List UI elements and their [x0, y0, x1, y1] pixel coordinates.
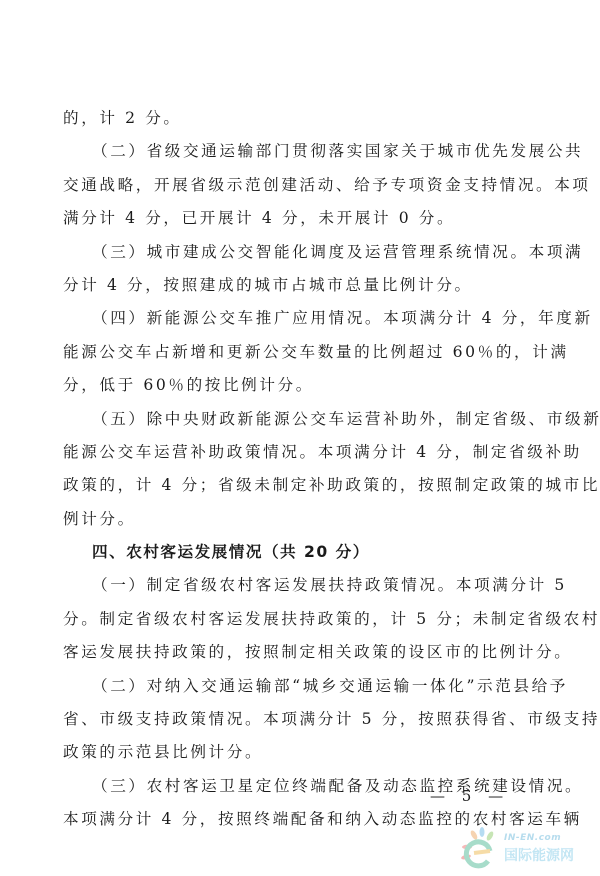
text-line: 满分计 4 分，已开展计 4 分，未开展计 0 分。 [63, 204, 515, 237]
sun-leaf-logo-icon [460, 827, 500, 871]
section-heading: 四、农村客运发展情况（共 20 分） [63, 538, 515, 571]
text-line: 交通战略，开展省级示范创建活动、给予专项资金支持情况。本项 [63, 171, 515, 204]
text-line: 分计 4 分，按照建成的城市占城市总量比例计分。 [63, 271, 515, 304]
text-line: （一）制定省级农村客运发展扶持政策情况。本项满分计 5 [63, 571, 515, 604]
text-line: 的，计 2 分。 [63, 104, 515, 137]
text-line: （五）除中央财政新能源公交车运营补助外，制定省级、市级新 [63, 405, 515, 438]
watermark-url: IN-EN.com [504, 833, 561, 843]
text-line: 例计分。 [63, 505, 515, 538]
scan-artifact [594, 413, 596, 415]
text-line: 省、市级支持政策情况。本项满分计 5 分，按照获得省、市级支持 [63, 705, 515, 738]
text-line: 客运发展扶持政策的，按照制定相关政策的设区市的比例计分。 [63, 638, 515, 671]
text-line: 政策的示范县比例计分。 [63, 738, 515, 771]
text-line: （二）省级交通运输部门贯彻落实国家关于城市优先发展公共 [63, 137, 515, 170]
text-line: 分。制定省级农村客运发展扶持政策的，计 5 分；未制定省级农村 [63, 605, 515, 638]
text-line: 政策的，计 4 分；省级未制定补助政策的，按照制定政策的城市比 [63, 471, 515, 504]
page-number: — 5 — [430, 787, 509, 805]
text-line: 能源公交车占新增和更新公交车数量的比例超过 60％的，计满 [63, 338, 515, 371]
document-page: 的，计 2 分。 （二）省级交通运输部门贯彻落实国家关于城市优先发展公共 交通战… [0, 0, 600, 876]
text-line: 分，低于 60％的按比例计分。 [63, 371, 515, 404]
document-body: 的，计 2 分。 （二）省级交通运输部门贯彻落实国家关于城市优先发展公共 交通战… [63, 104, 515, 839]
text-line: 本项满分计 4 分，按照终端配备和纳入动态监控的农村客运车辆 [63, 805, 515, 838]
text-line: （二）对纳入交通运输部“城乡交通运输一体化”示范县给予 [63, 672, 515, 705]
watermark: IN-EN.com 国际能源网 [460, 823, 600, 873]
text-line: （四）新能源公交车推广应用情况。本项满分计 4 分，年度新 [63, 304, 515, 337]
watermark-name: 国际能源网 [504, 845, 574, 865]
text-line: 能源公交车运营补助政策情况。本项满分计 4 分，制定省级补助 [63, 438, 515, 471]
text-line: （三）城市建成公交智能化调度及运营管理系统情况。本项满 [63, 238, 515, 271]
